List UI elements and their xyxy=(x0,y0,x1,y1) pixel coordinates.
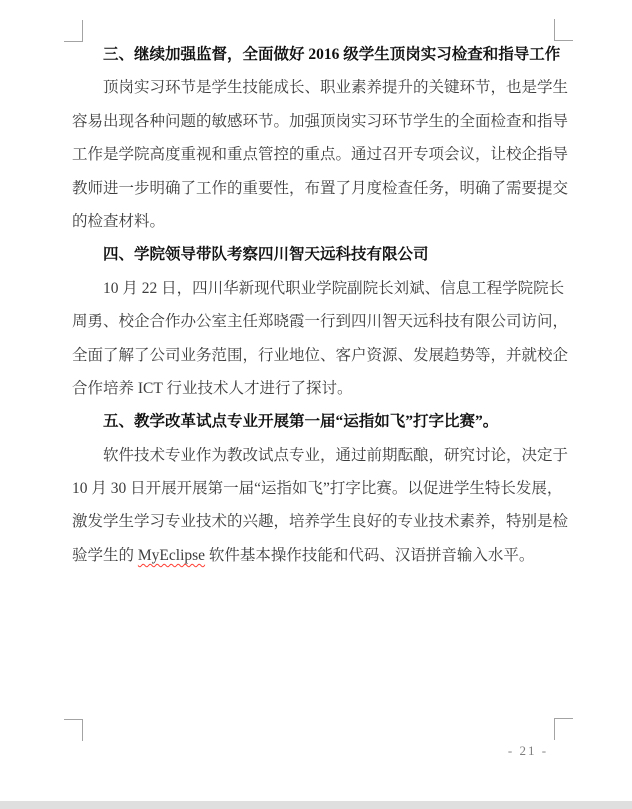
text-line: 全面了解了公司业务范围，行业地位、客户资源、发展趋势等，并就校企 xyxy=(72,339,554,372)
text-line: 容易出现各种问题的敏感环节。加强顶岗实习环节学生的全面检查和指导 xyxy=(72,105,554,138)
text-line: 软件技术专业作为教改试点专业，通过前期酝酿，研究讨论，决定于 xyxy=(72,439,554,472)
crop-mark-bottom-left xyxy=(64,719,83,741)
text-line: 顶岗实习环节是学生技能成长、职业素养提升的关键环节，也是学生 xyxy=(72,71,554,104)
text-line: 的检查材料。 xyxy=(72,205,554,238)
page-number: - 21 - xyxy=(500,742,556,760)
text-segment: 软件基本操作技能和代码、汉语拼音输入水平。 xyxy=(205,547,534,564)
text-line: 激发学生学习专业技术的兴趣，培养学生良好的专业技术素养，特别是检 xyxy=(72,505,554,538)
text-line: 10 月 22 日，四川华新现代职业学院副院长刘斌、信息工程学院院长 xyxy=(72,272,554,305)
text-line: 10 月 30 日开展开展第一届“运指如飞”打字比赛。以促进学生特长发展， xyxy=(72,472,554,505)
document-page: 三、继续加强监督，全面做好 2016 级学生顶岗实习检查和指导工作 顶岗实习环节… xyxy=(0,0,632,809)
text-line: 周勇、校企合作办公室主任郑晓霞一行到四川智天远科技有限公司访问， xyxy=(72,305,554,338)
section-heading-4: 四、学院领导带队考察四川智天远科技有限公司 xyxy=(72,238,554,271)
section-heading-3: 三、继续加强监督，全面做好 2016 级学生顶岗实习检查和指导工作 xyxy=(72,38,554,71)
crop-mark-bottom-right xyxy=(554,718,573,740)
text-segment: 验学生的 xyxy=(72,547,138,564)
text-line: 教师进一步明确了工作的重要性，布置了月度检查任务，明确了需要提交 xyxy=(72,172,554,205)
text-line: 验学生的 MyEclipse 软件基本操作技能和代码、汉语拼音输入水平。 xyxy=(72,539,554,572)
page-edge xyxy=(0,801,632,809)
section-heading-5: 五、教学改革试点专业开展第一届“运指如飞”打字比赛”。 xyxy=(72,405,554,438)
misspelled-word: MyEclipse xyxy=(138,547,205,564)
document-content: 三、继续加强监督，全面做好 2016 级学生顶岗实习检查和指导工作 顶岗实习环节… xyxy=(72,38,554,572)
text-line: 工作是学院高度重视和重点管控的重点。通过召开专项会议，让校企指导 xyxy=(72,138,554,171)
text-line: 合作培养 ICT 行业技术人才进行了探讨。 xyxy=(72,372,554,405)
